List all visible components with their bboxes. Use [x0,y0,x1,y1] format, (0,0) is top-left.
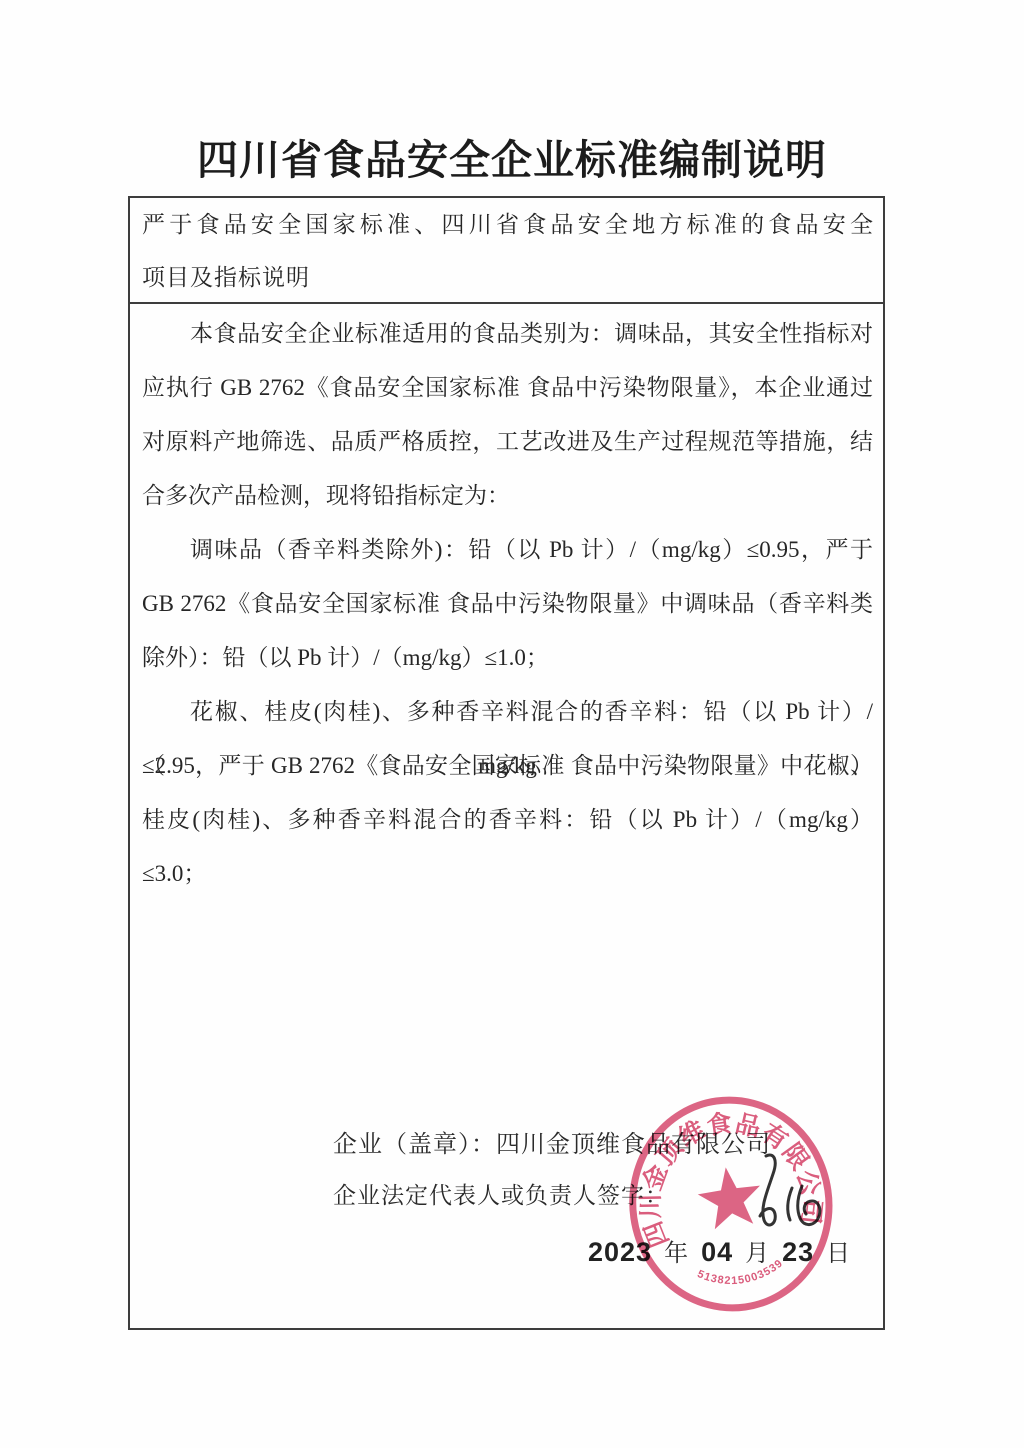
body-line: 对原料产地筛选、品质严格质控，工艺改进及生产过程规范等措施，结 [142,415,873,469]
seal-registration-number: 5138215003539 [694,1256,787,1292]
body-line: 桂皮(肉桂)、多种香辛料混合的香辛料：铅（以 Pb 计）/（mg/kg）≤3.0… [142,793,873,847]
handwritten-signature [740,1150,840,1245]
scanned-document-page: 四川省食品安全企业标准编制说明 严于食品安全国家标准、四川省食品安全地方标准的食… [0,0,1024,1448]
header-line-1: 严于食品安全国家标准、四川省食品安全地方标准的食品安全 [142,198,873,251]
body-line: 调味品（香辛料类除外)：铅（以 Pb 计）/（mg/kg）≤0.95，严于 [142,523,873,577]
table-header-row: 严于食品安全国家标准、四川省食品安全地方标准的食品安全 项目及指标说明 [130,198,883,304]
body-line: 本食品安全企业标准适用的食品类别为：调味品，其安全性指标对 [142,307,873,361]
body-line: 花椒、桂皮(肉桂)、多种香辛料混合的香辛料：铅（以 Pb 计）/（mg/kg） [142,685,873,739]
body-line: GB 2762《食品安全国家标准 食品中污染物限量》中调味品（香辛料类 [142,577,873,631]
body-line: ≤2.95，严于 GB 2762《食品安全国家标准 食品中污染物限量》中花椒、 [142,739,873,793]
document-title: 四川省食品安全企业标准编制说明 [0,130,1024,190]
header-line-2: 项目及指标说明 [142,251,873,304]
table-body-cell: 本食品安全企业标准适用的食品类别为：调味品，其安全性指标对 应执行 GB 276… [130,304,883,847]
body-line: 除外）：铅（以 Pb 计）/（mg/kg）≤1.0； [142,631,873,685]
body-line: 应执行 GB 2762《食品安全国家标准 食品中污染物限量》，本企业通过 [142,361,873,415]
body-line: 合多次产品检测，现将铅指标定为： [142,469,873,523]
legal-representative-signature-line: 企业法定代表人或负责人签字： [333,1182,669,1210]
